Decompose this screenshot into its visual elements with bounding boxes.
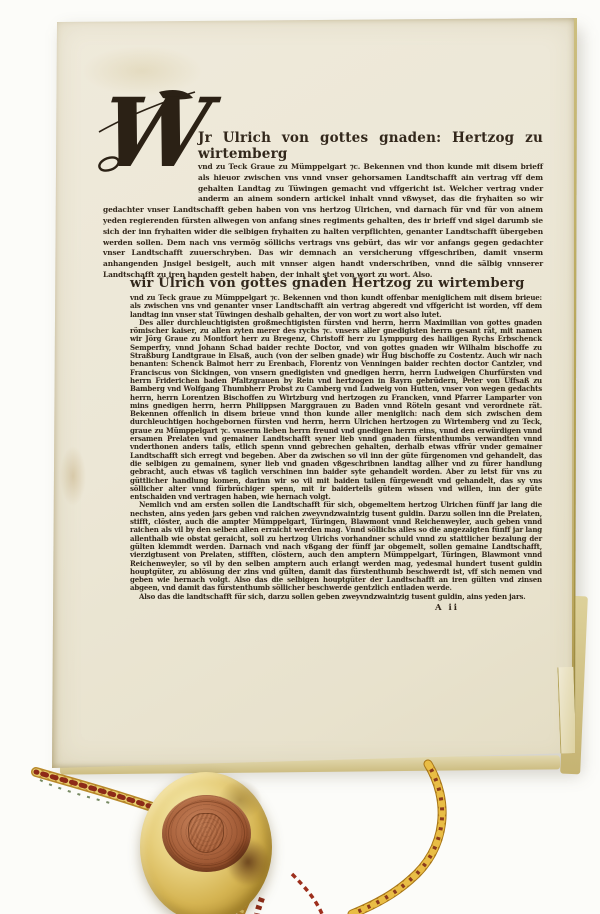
left-braided-cord bbox=[36, 772, 155, 808]
sheet-vignette bbox=[52, 16, 579, 770]
parchment-sheet: W Jr Ulrich von gottes gnaden: Hertzog z… bbox=[52, 16, 579, 770]
seal-coat-of-arms bbox=[188, 813, 224, 853]
right-chain-cord bbox=[352, 764, 442, 914]
seal-dark-blotch bbox=[226, 838, 270, 886]
wax-seal bbox=[140, 772, 272, 914]
corner-curl bbox=[557, 667, 576, 763]
charter-photo: W Jr Ulrich von gottes gnaden: Hertzog z… bbox=[0, 0, 600, 914]
